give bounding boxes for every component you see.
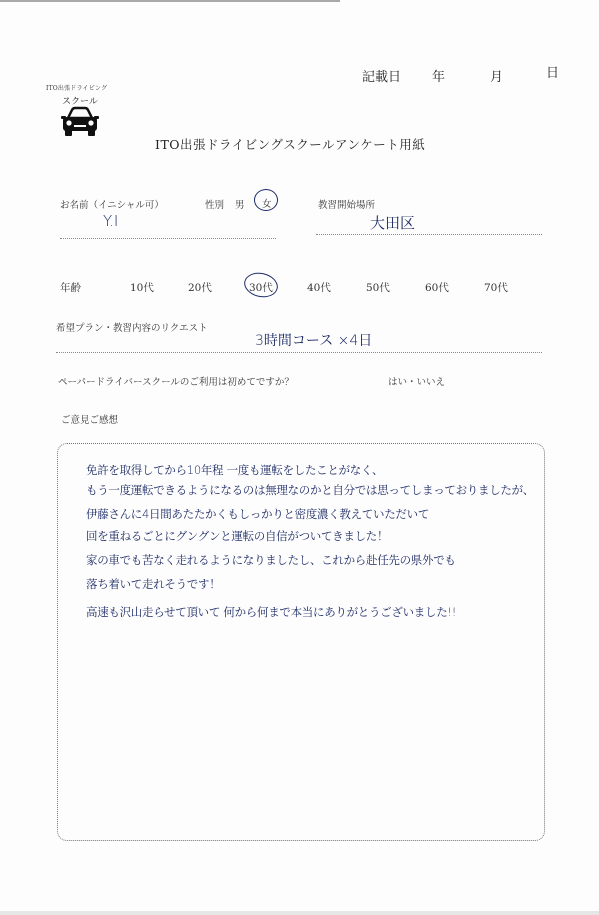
age-option-20s[interactable]: 20代 — [188, 280, 212, 295]
location-value[interactable]: 大田区 — [370, 212, 415, 233]
comment-line-4: 回を重ねるごとにグングンと運転の自信がついてきました！ — [86, 528, 388, 544]
month-label: 月 — [490, 66, 503, 85]
gender-option-male[interactable]: 男 — [235, 197, 245, 211]
age-option-70s[interactable]: 70代 — [484, 280, 508, 295]
page-title: ITO出張ドライビングスクールアンケート用紙 — [155, 135, 425, 153]
first-time-options[interactable]: はい・いいえ — [388, 374, 445, 388]
age-option-10s[interactable]: 10代 — [130, 280, 154, 295]
name-underline — [60, 238, 276, 239]
age-label: 年齢 — [60, 280, 81, 295]
car-icon — [60, 106, 100, 138]
comments-label: ご意見ご感想 — [61, 412, 118, 426]
day-label: 日 — [546, 62, 559, 81]
name-label: お名前（イニシャル可） — [60, 197, 164, 211]
request-underline — [56, 352, 542, 353]
gender-selected-circle — [254, 189, 278, 211]
comment-line-2: もう一度運転できるようになるのは無理なのかと自分では思ってしまっておりましたが、 — [86, 482, 534, 498]
scan-edge — [0, 0, 340, 2]
gender-label: 性別 — [205, 197, 224, 211]
year-label: 年 — [432, 66, 445, 85]
date-label: 記載日 — [362, 66, 401, 85]
name-value[interactable]: Y.I — [103, 212, 118, 230]
comment-line-3: 伊藤さんに4日間あたたかくもしっかりと密度濃く教えていただいて — [86, 506, 429, 522]
location-label: 教習開始場所 — [318, 197, 375, 211]
request-label: 希望プラン・教習内容のリクエスト — [56, 320, 208, 334]
scan-edge-bottom — [0, 911, 599, 915]
comment-line-7: 高速も沢山走らせて頂いて 何から何まで本当にありがとうございました!! — [86, 604, 456, 620]
request-value[interactable]: 3時間コース ×4日 — [255, 330, 372, 350]
first-time-question: ペーパードライバースクールのご利用は初めてですか？ — [58, 374, 294, 388]
logo-text-line1: ITO出張ドライビング — [46, 83, 107, 92]
location-underline — [316, 234, 542, 235]
age-option-60s[interactable]: 60代 — [425, 280, 449, 295]
comment-line-5: 家の車でも苦なく走れるようになりましたし、これから赴任先の県外でも — [86, 552, 456, 568]
comment-line-6: 落ち着いて走れそうです！ — [86, 576, 220, 592]
comment-line-1: 免許を取得してから10年程 一度も運転をしたことがなく、 — [86, 462, 383, 478]
age-selected-circle — [242, 270, 280, 301]
age-option-40s[interactable]: 40代 — [307, 280, 331, 295]
age-option-50s[interactable]: 50代 — [366, 280, 390, 295]
comments-box[interactable] — [57, 443, 545, 841]
